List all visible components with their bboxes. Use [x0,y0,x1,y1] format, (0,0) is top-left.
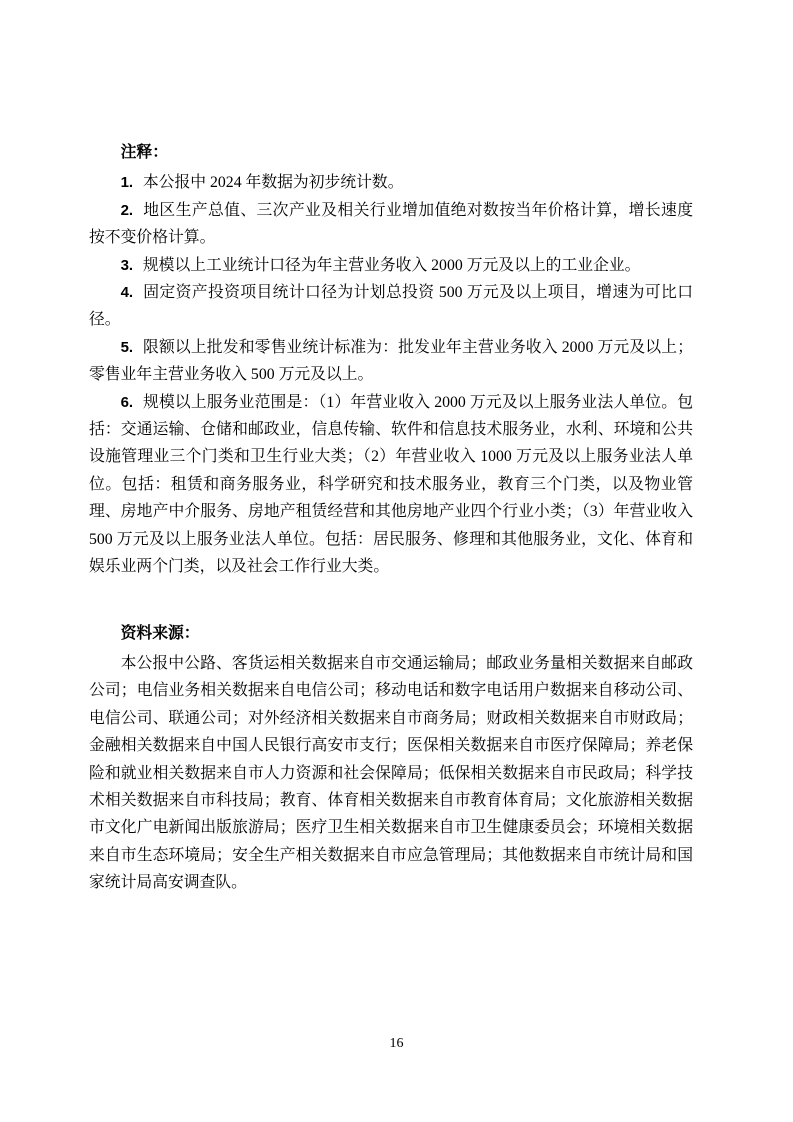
note-text: 规模以上服务业范围是：（1）年营业收入 2000 万元及以上服务业法人单位。包括… [89,394,693,575]
note-text: 地区生产总值、三次产业及相关行业增加值绝对数按当年价格计算，增长速度按不变价格计… [89,202,693,246]
note-number: 5. [121,339,143,356]
page-content: 注释： 1.本公报中 2024 年数据为初步统计数。 2.地区生产总值、三次产业… [89,139,693,897]
note-item: 6.规模以上服务业范围是：（1）年营业收入 2000 万元及以上服务业法人单位。… [89,389,693,581]
note-number: 4. [121,284,143,301]
note-number: 1. [121,174,143,191]
note-number: 3. [121,257,143,274]
note-item: 1.本公报中 2024 年数据为初步统计数。 [89,169,693,196]
sources-section: 资料来源： 本公报中公路、客货运相关数据来自市交通运输局；邮政业务量相关数据来自… [89,620,693,897]
note-number: 2. [121,202,143,219]
note-text: 本公报中 2024 年数据为初步统计数。 [143,174,404,191]
notes-heading: 注释： [89,139,693,166]
note-text: 固定资产投资项目统计口径为计划总投资 500 万元及以上项目，增速为可比口径。 [89,284,693,328]
note-item: 5.限额以上批发和零售业统计标准为：批发业年主营业务收入 2000 万元及以上；… [89,334,693,389]
document-page: 注释： 1.本公报中 2024 年数据为初步统计数。 2.地区生产总值、三次产业… [0,0,793,1122]
sources-heading: 资料来源： [89,620,693,647]
page-number: 16 [0,1036,793,1052]
sources-paragraph: 本公报中公路、客货运相关数据来自市交通运输局；邮政业务量相关数据来自邮政公司；电… [89,650,693,897]
note-text: 规模以上工业统计口径为年主营业务收入 2000 万元及以上的工业企业。 [143,257,641,274]
note-item: 3.规模以上工业统计口径为年主营业务收入 2000 万元及以上的工业企业。 [89,252,693,279]
notes-section: 注释： 1.本公报中 2024 年数据为初步统计数。 2.地区生产总值、三次产业… [89,139,693,581]
note-item: 2.地区生产总值、三次产业及相关行业增加值绝对数按当年价格计算，增长速度按不变价… [89,197,693,252]
note-text: 限额以上批发和零售业统计标准为：批发业年主营业务收入 2000 万元及以上；零售… [89,339,693,383]
note-number: 6. [121,394,143,411]
note-item: 4.固定资产投资项目统计口径为计划总投资 500 万元及以上项目，增速为可比口径… [89,279,693,334]
